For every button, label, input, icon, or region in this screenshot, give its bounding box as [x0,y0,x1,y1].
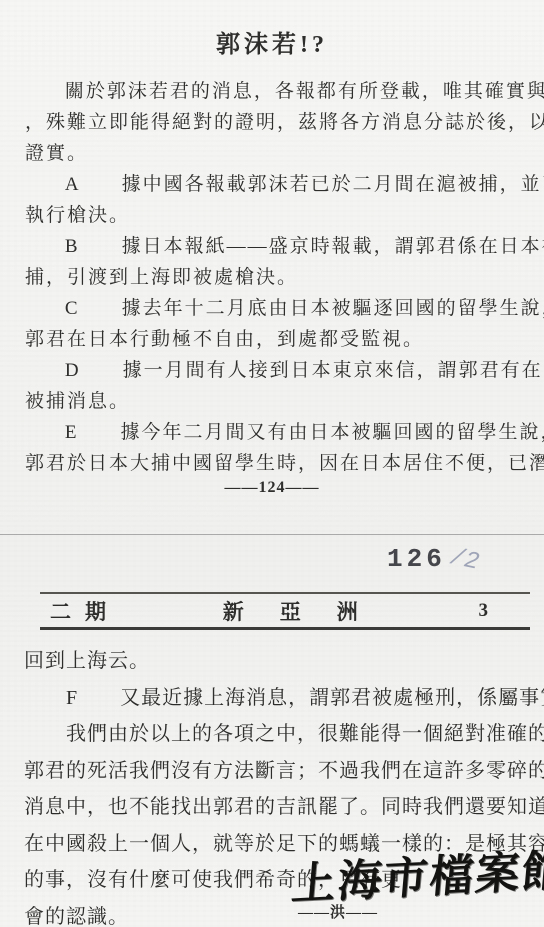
archive-stamp-handwritten: /2 [447,544,481,576]
text-line: 關於郭沫若君的消息，各報都有所登載，唯其確實與否 [25,76,525,107]
archive-stamp-number: 126 [387,544,446,574]
journal-title: 新亞洲 [205,596,394,626]
page1-body: 關於郭沫若君的消息，各報都有所登載，唯其確實與否 ，殊難立即能得絕對的證明，茲將… [25,76,525,479]
text-line: 郭君的死活我們沒有方法斷言；不過我們在這許多零碎的 [24,753,526,790]
text-line: 郭君於日本大捕中國留學生時，因在日本居住不便，已潛行 [25,448,525,479]
article-title: 郭沫若!? [0,24,544,59]
archive-stamp: 126/2 [387,544,479,574]
text-line: ，殊難立即能得絕對的證明，茲將各方消息分誌於後，以待 [25,107,525,138]
text-line: B 據日本報紙——盛京時報載，謂郭君係在日本被 [25,231,525,262]
text-line: 證實。 [25,138,525,169]
text-line: 回到上海云。 [24,643,526,680]
scan-page-divider [0,534,544,535]
text-line: 執行槍決。 [25,200,525,231]
text-line: 被捕消息。 [25,386,525,417]
text-line: D 據一月間有人接到日本東京來信，謂郭君有在日 [25,355,525,386]
page-number-124: ——124—— [0,479,544,497]
text-line: 捕，引渡到上海即被處槍決。 [25,262,525,293]
text-line: E 據今年二月間又有由日本被驅回國的留學生說， [25,417,525,448]
author-signature: ——洪—— [272,901,404,922]
text-line: F 又最近據上海消息，謂郭君被處極刑，係屬事實。 [24,680,526,717]
journal-header: 二期 新亞洲 3 [40,592,530,630]
text-line: A 據中國各報載郭沫若已於二月間在滬被捕，並已 [25,169,525,200]
journal-issue-label: 二期 [50,596,120,626]
document-scan: 郭沫若!? 關於郭沫若君的消息，各報都有所登載，唯其確實與否 ，殊難立即能得絕對… [0,0,544,927]
journal-page-number: 3 [479,600,489,622]
text-line: C 據去年十二月底由日本被驅逐回國的留學生說， [25,293,525,324]
text-line: 我們由於以上的各項之中，很難能得一個絕對准確的， [24,716,526,753]
text-line: 郭君在日本行動極不自由，到處都受監視。 [25,324,525,355]
text-line: 消息中，也不能找出郭君的吉訊罷了。同時我們還要知道， [24,789,526,826]
